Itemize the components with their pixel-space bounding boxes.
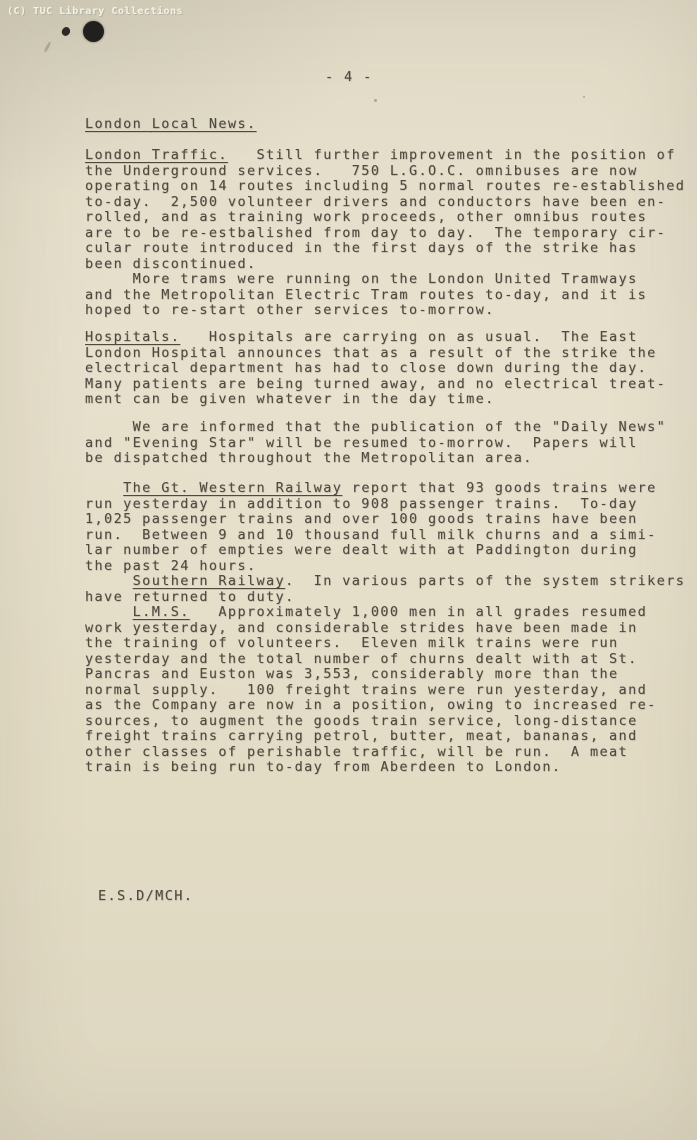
paragraph-lead-rest: report that 93 goods trains were: [342, 480, 656, 496]
text-line: have returned to duty.: [85, 590, 691, 606]
text-line: the past 24 hours.: [85, 559, 691, 575]
paragraph-lines: work yesterday, and considerable strides…: [85, 621, 691, 776]
paragraph-lead: Southern Railway: [133, 573, 285, 589]
text-line: ment can be given whatever in the day ti…: [85, 392, 691, 408]
paragraph-lead-rest: Hospitals are carrying on as usual. The …: [180, 329, 637, 345]
text-line: Many patients are being turned away, and…: [85, 377, 691, 393]
text-line: run. Between 9 and 10 thousand full milk…: [85, 528, 691, 544]
paragraph-first-line: Southern Railway. In various parts of th…: [85, 574, 691, 590]
paragraph-lms: L.M.S. Approximately 1,000 men in all gr…: [85, 605, 691, 776]
text-line: 1,025 passenger trains and over 100 good…: [85, 512, 691, 528]
text-line: More trams were running on the London Un…: [85, 272, 691, 288]
scanned-document-page: { "watermark": "(C) TUC Library Collecti…: [0, 0, 697, 1140]
text-line: train is being run to-day from Aberdeen …: [85, 760, 691, 776]
paragraph-lines: the Underground services. 750 L.G.O.C. o…: [85, 164, 691, 319]
text-line: as the Company are now in a position, ow…: [85, 698, 691, 714]
paragraph-lines: run yesterday in addition to 908 passeng…: [85, 497, 691, 575]
paragraph-first-line: London Traffic. Still further improvemen…: [85, 148, 691, 164]
text-line: the training of volunteers. Eleven milk …: [85, 636, 691, 652]
paragraph-southern-railway: Southern Railway. In various parts of th…: [85, 574, 691, 605]
text-line: be dispatched throughout the Metropolita…: [85, 451, 691, 467]
text-line: and "Evening Star" will be resumed to-mo…: [85, 436, 691, 452]
paragraph-lead-rest: . In various parts of the system striker…: [285, 573, 685, 589]
paragraph-hospitals: Hospitals. Hospitals are carrying on as …: [85, 330, 691, 408]
text-line: run yesterday in addition to 908 passeng…: [85, 497, 691, 513]
indent: [85, 480, 123, 496]
paragraph-lead-rest: Approximately 1,000 men in all grades re…: [190, 604, 647, 620]
paragraph-lead-rest: Still further improvement in the positio…: [228, 147, 676, 163]
text-line: electrical department has had to close d…: [85, 361, 691, 377]
text-line: work yesterday, and considerable strides…: [85, 621, 691, 637]
text-line: rolled, and as training work proceeds, o…: [85, 210, 691, 226]
text-line: Pancras and Euston was 3,553, considerab…: [85, 667, 691, 683]
text-line: London Hospital announces that as a resu…: [85, 346, 691, 362]
text-line: lar number of empties were dealt with at…: [85, 543, 691, 559]
indent: [85, 573, 133, 589]
footer-initials: E.S.D/MCH.: [98, 889, 691, 905]
text-line: yesterday and the total number of churns…: [85, 652, 691, 668]
text-line: hoped to re-start other services to-morr…: [85, 303, 691, 319]
text-line: to-day. 2,500 volunteer drivers and cond…: [85, 195, 691, 211]
ink-blob-mark: [60, 26, 72, 38]
text-line: freight trains carrying petrol, butter, …: [85, 729, 691, 745]
paragraph-first-line: L.M.S. Approximately 1,000 men in all gr…: [85, 605, 691, 621]
indent: [85, 604, 133, 620]
paragraph-lead: The Gt. Western Railway: [123, 480, 342, 496]
paragraph-lead: London Traffic.: [85, 147, 228, 163]
text-line: been discontinued.: [85, 257, 691, 273]
text-line: operating on 14 routes including 5 norma…: [85, 179, 691, 195]
text-line: other classes of perishable traffic, wil…: [85, 745, 691, 761]
paragraph-lead: Hospitals.: [85, 329, 180, 345]
text-line: the Underground services. 750 L.G.O.C. o…: [85, 164, 691, 180]
paragraph-lines: London Hospital announces that as a resu…: [85, 346, 691, 408]
paragraph-lead-rest: We are informed that the publication of …: [133, 419, 667, 435]
text-line: cular route introduced in the first days…: [85, 241, 691, 257]
text-line: normal supply. 100 freight trains were r…: [85, 683, 691, 699]
paragraph-first-line: The Gt. Western Railway report that 93 g…: [85, 481, 691, 497]
paragraph-first-line: We are informed that the publication of …: [85, 420, 691, 436]
document-title: London Local News.: [85, 117, 691, 133]
text-line: and the Metropolitan Electric Tram route…: [85, 288, 691, 304]
paragraph-newspapers: We are informed that the publication of …: [85, 420, 691, 467]
paragraph-lines: have returned to duty.: [85, 590, 691, 606]
indent: [85, 419, 133, 435]
text-line: are to be re-estbalished from day to day…: [85, 226, 691, 242]
document-body: London Local News. London Traffic. Still…: [85, 0, 691, 904]
paragraph-gt-western-railway: The Gt. Western Railway report that 93 g…: [85, 481, 691, 574]
paragraph-lines: and "Evening Star" will be resumed to-mo…: [85, 436, 691, 467]
paragraph-lead: L.M.S.: [133, 604, 190, 620]
scratch-mark: [43, 41, 51, 53]
paragraph-london-traffic: London Traffic. Still further improvemen…: [85, 148, 691, 319]
document-title-text: London Local News.: [85, 116, 257, 132]
text-line: sources, to augment the goods train serv…: [85, 714, 691, 730]
paragraph-first-line: Hospitals. Hospitals are carrying on as …: [85, 330, 691, 346]
